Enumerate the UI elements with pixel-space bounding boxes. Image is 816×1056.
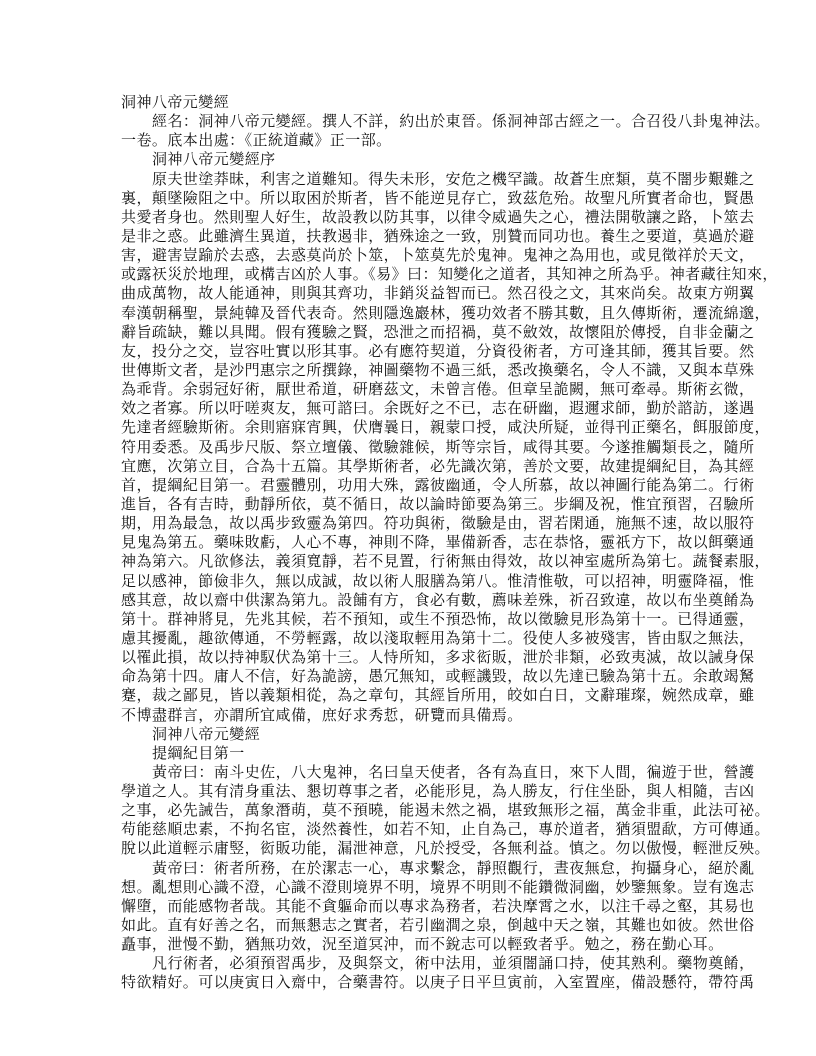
text-line: 之事，必先誡告，萬象潛萌，莫不預曉，能遏未然之禍，堪致無形之福，萬金非重，此法可… bbox=[121, 801, 701, 820]
preface-body: 原夫世塗莽昧，利害之道難知。得失未形，安危之機罕識。故蒼生庶類，莫不闇步艱難之 … bbox=[121, 170, 701, 725]
text-line: 原夫世塗莽昧，利害之道難知。得失未形，安危之機罕識。故蒼生庶類，莫不闇步艱難之 bbox=[121, 170, 701, 189]
meta-line: 經名：洞神八帝元變經。撰人不詳，約出於東晉。係洞神部古經之一。合召役八卦鬼神法。 bbox=[121, 112, 701, 131]
text-line: 命為第十四。庸人不信，好為詭謗，愚冗無知，或輕譏毀，故以先達已驗為第十五。余敢竭… bbox=[121, 667, 701, 686]
text-line: 為乖背。余弱冠好術，厭世希道，研磨茲文，未曾言倦。但章呈詭闕，無可牽尋。斯術玄微… bbox=[121, 380, 701, 399]
text-line: 效之者寡。所以吁嗟爽友，無可諮曰。余既好之不已，志在研幽，遐邇求師，勤於諮訪，遂… bbox=[121, 399, 701, 418]
text-line: 第十。群神將見，先兆其候，若不預知，或生不預恐怖，故以徵驗見形為第十一。已得通靈… bbox=[121, 610, 701, 629]
document-page: 洞神八帝元變經 經名：洞神八帝元變經。撰人不詳，約出於東晉。係洞神部古經之一。合… bbox=[121, 93, 701, 993]
text-line: 懈墮，而能感物者哉。其能不貪軀命而以專求為務者，若決摩霄之水，以注千尋之壑，其易… bbox=[121, 897, 701, 916]
text-line: 曲成萬物，故人能通神，則與其齊功，非銷災益智而已。然召役之文，其來尚矣。故東方朔… bbox=[121, 284, 701, 303]
text-line: 共愛者身也。然則聖人好生，故設教以防其事，以律令威過失之心，禮法開敬讓之路，卜筮… bbox=[121, 208, 701, 227]
text-line: 先達者經驗斯術。余則寤寐宵興，伏膺曩日，親蒙口授，咸決所疑，並得刊正藥名，餌服節… bbox=[121, 418, 701, 437]
chapter-paragraph: 凡行術者，必須預習禹步，及與祭文，術中法用，並須闇誦口持，使其熟利。藥物奠餚， … bbox=[121, 954, 701, 992]
text-line: 神為第六。凡欲修法，義須寬靜，若不見置，行術無由得效，故以神室處所為第七。蔬餐素… bbox=[121, 552, 701, 571]
text-line: 足以感神，節儉非久，無以成誠，故以術人服膳為第八。惟清惟敬，可以招神，明靈降福，… bbox=[121, 572, 701, 591]
text-line: 首，提綱紀目第一。君靈體別，功用大殊，露彼幽通，令人所慕，故以神圖行能為第二。行… bbox=[121, 476, 701, 495]
document-title: 洞神八帝元變經 bbox=[121, 93, 701, 112]
text-line: 辭旨疏缺，難以具聞。假有獲驗之賢，恐泄之而招禍，莫不斂效，故懷阻於傳授，自非金蘭… bbox=[121, 323, 701, 342]
scripture-title: 洞神八帝元變經 bbox=[121, 725, 701, 744]
text-line: 想。亂想則心識不澄，心識不澄則境界不明，境界不明則不能鑽微洞幽，妙鑒無象。豈有逸… bbox=[121, 878, 701, 897]
text-line: 特欲精好。可以庚寅日入齋中，合藥書符。以庚子日平旦寅前，入室置座，備設懸符，帶符… bbox=[121, 973, 701, 992]
chapter-paragraph: 黃帝曰：術者所務，在於潔志一心，專求繫念，靜照觀行，晝夜無怠，拘攝身心，絕於亂 … bbox=[121, 859, 701, 955]
text-line: 脫以此道輕示庸竪，衒販功能，漏泄神意，凡於授受，各無利益。慎之。勿以傲慢，輕泄反… bbox=[121, 839, 701, 858]
text-line: 宜應，次第立目，合為十五篇。其學斯術者，必先識次第，善於文要，故建提綱紀目，為其… bbox=[121, 457, 701, 476]
text-line: 以罹此損，故以持神馭伏為第十三。人恃所知，多求衒販，泄於非類，必致夷滅，故以誡身… bbox=[121, 648, 701, 667]
text-line: 如此。直有好善之名，而無懇志之實者，若引幽澗之泉，倒越中天之嶺，其難也如彼。然世… bbox=[121, 916, 701, 935]
meta-line: 一卷。底本出處：《正統道藏》正一部。 bbox=[121, 131, 701, 150]
text-line: 裏，顛墜險阻之中。所以取困於斯者，皆不能逆見存亡，致茲危殆。故聖凡所實者命也，賢… bbox=[121, 189, 701, 208]
text-line: 進旨，各有吉時，動靜所依，莫不循日，故以論時節要為第三。步綱及祝，惟宜預習，召驗… bbox=[121, 495, 701, 514]
text-line: 見鬼為第五。藥味敗虧，人心不專，神則不降，畢備新香，志在恭恪，靈祇方下，故以餌藥… bbox=[121, 533, 701, 552]
chapter-paragraph: 黃帝曰：南斗史佐，八大鬼神，名曰皇天使者，各有為直日，來下人間，徧遊于世，營護 … bbox=[121, 763, 701, 859]
text-line: 慮其擾亂，趣欲傳通，不勞輕露，故以淺取輕用為第十二。役使人多被殘害，皆由馭之無法… bbox=[121, 629, 701, 648]
text-line: 凡行術者，必須預習禹步，及與祭文，術中法用，並須闇誦口持，使其熟利。藥物奠餚， bbox=[121, 954, 701, 973]
text-line: 或露祆災於地理，或構吉凶於人事。《易》曰：知變化之道者，其知神之所為乎。神者藏往… bbox=[121, 265, 701, 284]
text-line: 世傳斯文者，是沙門惠宗之所撰錄，神圖藥物不過三紙，悉改換藥名，令人不識，又與本草… bbox=[121, 361, 701, 380]
text-line: 友，投分之交，豈容吐實以形其事。必有應符契道，分資役術者，方可逢其師，獲其旨要。… bbox=[121, 342, 701, 361]
text-line: 蹇，裁之鄙見，皆以義類相從，為之章句，其經旨所用，皎如白日，文辭璀璨，婉然成章，… bbox=[121, 686, 701, 705]
text-line: 害，避害豈踰於去惑，去惑莫尚於卜筮，卜筮莫先於鬼神。鬼神之為用也，或見徵祥於天文… bbox=[121, 246, 701, 265]
preface-title: 洞神八帝元變經序 bbox=[121, 150, 701, 169]
text-line: 黃帝曰：南斗史佐，八大鬼神，名曰皇天使者，各有為直日，來下人間，徧遊于世，營護 bbox=[121, 763, 701, 782]
text-line: 矗事，泄慢不勤，猶無功效，況至道冥沖，而不銳志可以輕致者乎。勉之，務在勤心耳。 bbox=[121, 935, 701, 954]
text-line: 奉漢朝稱聖，景純韓及晉代表奇。然則隱逸巖林，獲功效者不勝其數，且久傳斯術，遷流綿… bbox=[121, 304, 701, 323]
text-line: 感其意，故以齋中供潔為第九。設餔有方，食必有數，薦味差殊，祈召致違，故以布坐奠餚… bbox=[121, 591, 701, 610]
text-line: 期，用為最急，故以禹步致靈為第四。符功與術，徵驗是由，習若閑通，施無不速，故以服… bbox=[121, 514, 701, 533]
text-line: 學道之人。其有清身重法、懇切尊事之者，必能形見，為人勝友，行住坐卧，與人相隨，吉… bbox=[121, 782, 701, 801]
text-line: 苟能慈順忠素，不拘名宦，淡然養性，如若不知，止自為己，專於道者，猶須盟歃，方可傳… bbox=[121, 820, 701, 839]
text-line: 不博盡群言，亦謂所宜咸備，庶好求秀悊，研覽而具備焉。 bbox=[121, 706, 701, 725]
text-line: 符用委悉。及禹步尺版、祭立壇儀、徵驗雜候，斯等宗旨，咸得其要。今遂推觸類長之，隨… bbox=[121, 438, 701, 457]
chapter-title: 提綱紀目第一 bbox=[121, 744, 701, 763]
text-line: 是非之惑。此雖濟生異道，扶教遏非，猶殊途之一致，別贊而同功也。養生之要道，莫過於… bbox=[121, 227, 701, 246]
text-line: 黃帝曰：術者所務，在於潔志一心，專求繫念，靜照觀行，晝夜無怠，拘攝身心，絕於亂 bbox=[121, 859, 701, 878]
